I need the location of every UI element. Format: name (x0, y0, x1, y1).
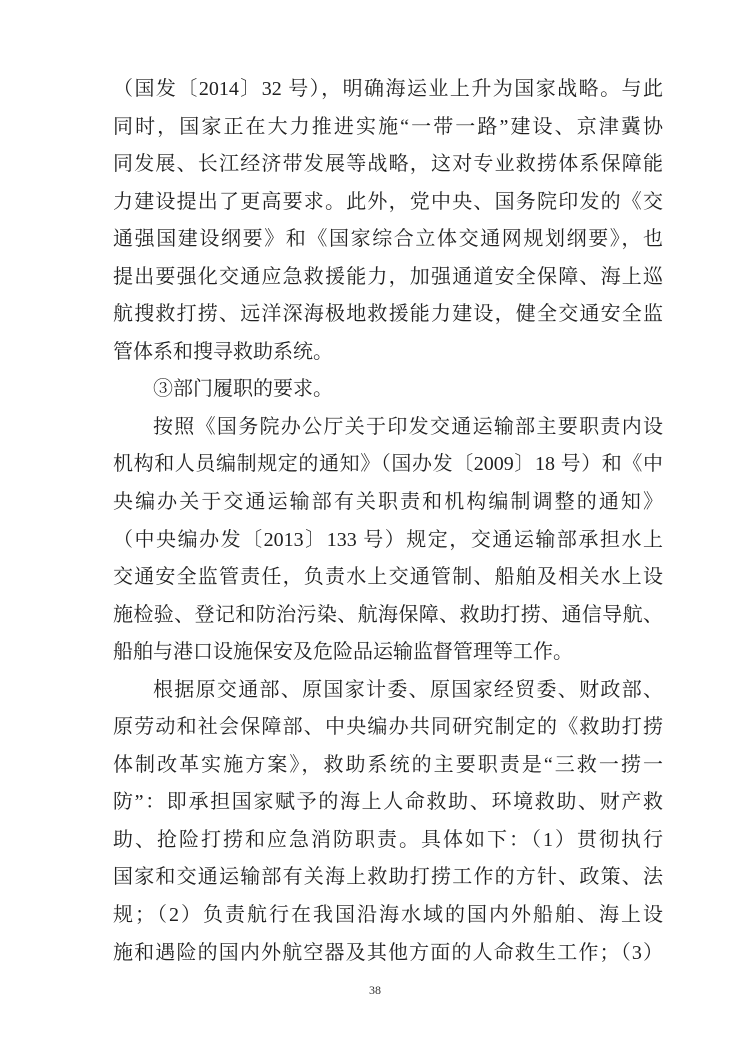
page-text: （国发〔2014〕32 号），明确海运业上升为国家战略。与此同时，国家正在大力推… (113, 71, 663, 972)
document-line: 同发展、长江经济带发展等战略，这对专业救捞体系保障能 (113, 146, 663, 184)
page-footer: 38 (0, 981, 750, 999)
page-number: 38 (369, 983, 381, 997)
paragraph: （国发〔2014〕32 号），明确海运业上升为国家战略。与此同时，国家正在大力推… (113, 71, 663, 371)
document-line: （国发〔2014〕32 号），明确海运业上升为国家战略。与此 (113, 71, 663, 109)
document-line: ③部门履职的要求。 (113, 371, 663, 409)
document-line: 机构和人员编制规定的通知》（国办发〔2009〕18 号）和《中 (113, 446, 663, 484)
document-line: 体制改革实施方案》，救助系统的主要职责是“三救一捞一 (113, 747, 663, 785)
document-line: 规；（2）负责航行在我国沿海水域的国内外船舶、海上设 (113, 897, 663, 935)
paragraph: 根据原交通部、原国家计委、原国家经贸委、财政部、原劳动和社会保障部、中央编办共同… (113, 672, 663, 972)
document-line: 原劳动和社会保障部、中央编办共同研究制定的《救助打捞 (113, 709, 663, 747)
document-line: 央编办关于交通运输部有关职责和机构编制调整的通知》 (113, 484, 663, 522)
document-line: 航搜救打捞、远洋深海极地救援能力建设，健全交通安全监 (113, 296, 663, 334)
document-line: 防”：即承担国家赋予的海上人命救助、环境救助、财产救 (113, 784, 663, 822)
document-line: 根据原交通部、原国家计委、原国家经贸委、财政部、 (113, 672, 663, 710)
document-line: 施和遇险的国内外航空器及其他方面的人命救生工作；（3） (113, 935, 663, 973)
document-line: 助、抢险打捞和应急消防职责。具体如下：（1）贯彻执行 (113, 822, 663, 860)
paragraph: ③部门履职的要求。 (113, 371, 663, 409)
document-line: 船舶与港口设施保安及危险品运输监督管理等工作。 (113, 634, 663, 672)
document-line: 提出要强化交通应急救援能力，加强通道安全保障、海上巡 (113, 259, 663, 297)
document-line: 国家和交通运输部有关海上救助打捞工作的方针、政策、法 (113, 859, 663, 897)
document-line: 同时，国家正在大力推进实施“一带一路”建设、京津冀协 (113, 109, 663, 147)
document-line: 施检验、登记和防治污染、航海保障、救助打捞、通信导航、 (113, 597, 663, 635)
document-line: 管体系和搜寻救助系统。 (113, 334, 663, 372)
document-line: 按照《国务院办公厅关于印发交通运输部主要职责内设 (113, 409, 663, 447)
paragraph: 按照《国务院办公厅关于印发交通运输部主要职责内设机构和人员编制规定的通知》（国办… (113, 409, 663, 672)
document-line: 通强国建设纲要》和《国家综合立体交通网规划纲要》，也 (113, 221, 663, 259)
document-line: （中央编办发〔2013〕133 号）规定，交通运输部承担水上 (113, 522, 663, 560)
document-line: 交通安全监管责任，负责水上交通管制、船舶及相关水上设 (113, 559, 663, 597)
document-line: 力建设提出了更高要求。此外，党中央、国务院印发的《交 (113, 184, 663, 222)
document-page: （国发〔2014〕32 号），明确海运业上升为国家战略。与此同时，国家正在大力推… (0, 0, 750, 1060)
